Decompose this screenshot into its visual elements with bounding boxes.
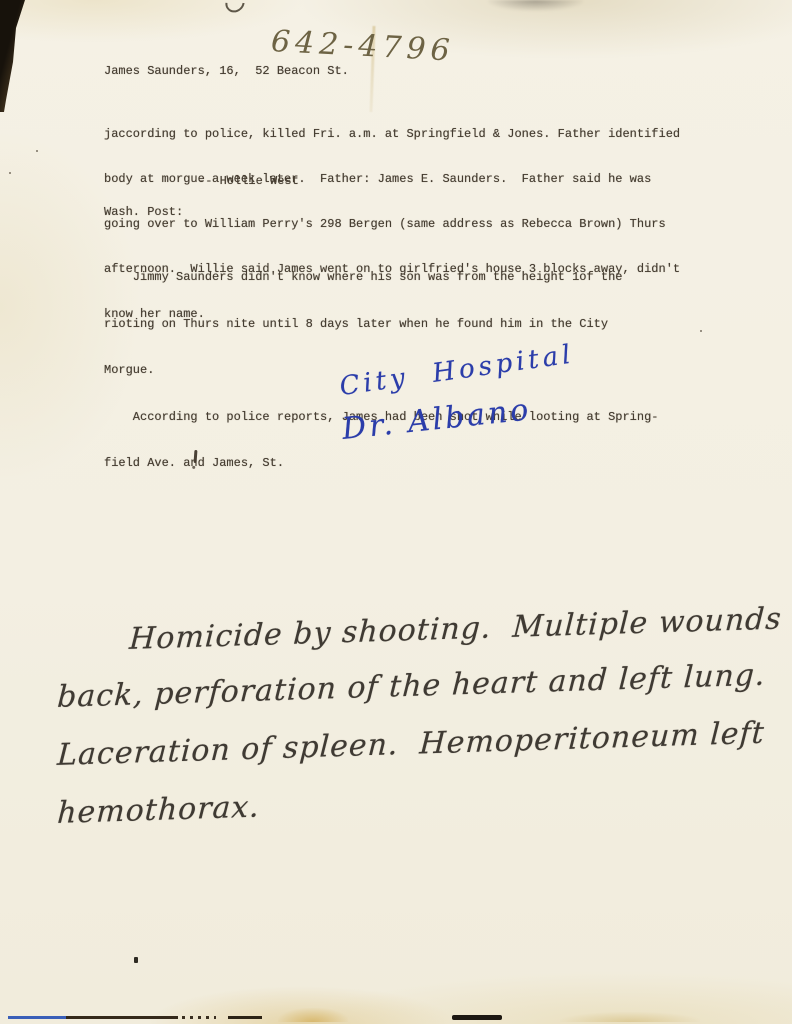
typed-byline: -- Hollie West — [198, 174, 299, 189]
paper-speck — [36, 150, 38, 152]
scan-edge-dark-artifact — [452, 1015, 502, 1020]
bottom-stain-artifact — [560, 1012, 700, 1022]
scan-edge-blue-artifact — [8, 1016, 66, 1019]
typed-line: field Ave. and James, St. — [104, 456, 659, 472]
typed-name-address-line: James Saunders, 16, 52 Beacon St. — [104, 64, 349, 79]
pencil-autopsy-note: Homicide by shooting. Multiple wounds of… — [55, 622, 755, 854]
typed-line: jaccording to police, killed Fri. a.m. a… — [104, 127, 680, 142]
typed-line: body at morgue a week later. Father: Jam… — [104, 172, 680, 187]
paper-speck — [9, 172, 11, 174]
typed-line: rioting on Thurs nite until 8 days later… — [104, 317, 659, 333]
bottom-stain-artifact — [278, 1008, 348, 1022]
blue-ink-note: City Hospital Dr. Albano — [342, 372, 579, 447]
scan-edge-dark-artifact — [228, 1016, 262, 1019]
torn-corner-artifact — [0, 0, 28, 112]
handwritten-phone-number: 642-4796 — [270, 24, 455, 69]
scanned-document-page: 642-4796 James Saunders, 16, 52 Beacon S… — [0, 0, 792, 1024]
paper-curl-artifact — [222, 0, 249, 16]
paper-speck — [700, 330, 702, 332]
scan-edge-dark-artifact — [66, 1016, 178, 1019]
scan-edge-dots-artifact — [182, 1016, 216, 1019]
typed-line: going over to William Perry's 298 Bergen… — [104, 217, 680, 232]
bottom-speck-artifact — [134, 957, 138, 963]
top-smudge-artifact — [488, 0, 583, 11]
typed-source-label: Wash. Post: — [104, 205, 183, 220]
typed-line: Jimmy Saunders didn't know where his son… — [104, 270, 659, 286]
